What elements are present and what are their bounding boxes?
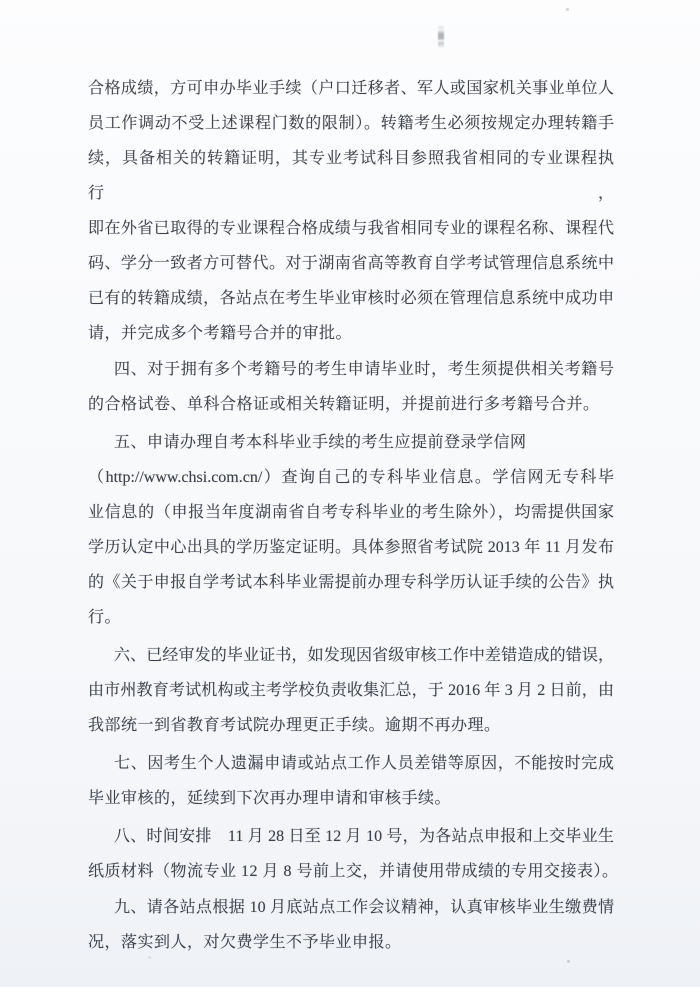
text-line: 员工作调动不受上述课程门数的限制）。转籍考生必须按规定办理转籍手 <box>88 106 614 141</box>
text-line: 即在外省已取得的专业课程合格成绩与我省相同专业的课程名称、课程代 <box>88 211 614 246</box>
text-line: 请，并完成多个考籍号合并的审批。 <box>88 316 614 351</box>
paragraph-continuation: 合格成绩，方可申办毕业手续（户口迁移者、军人或国家机关事业单位人员工作调动不受上… <box>88 71 614 351</box>
scan-artifact-speck <box>567 960 570 963</box>
text-line: 毕业审核的，延续到下次再办理申请和审核手续。 <box>88 781 614 816</box>
text-line: 续，具备相关的转籍证明，其专业考试科目参照我省相同的专业课程执行， <box>88 141 614 211</box>
text-line: 五、申请办理自考本科毕业手续的考生应提前登录学信网 <box>88 425 614 460</box>
text-line: （http://www.chsi.com.cn/）查询自己的专科毕业信息。学信网… <box>88 460 614 495</box>
text-line: 行。 <box>88 600 614 635</box>
text-line: 八、时间安排 11 月 28 日至 12 月 10 号，为各站点申报和上交毕业生 <box>88 819 614 854</box>
paragraph-item-5: 五、申请办理自考本科毕业手续的考生应提前登录学信网（http://www.chs… <box>88 425 614 635</box>
scan-artifact-smudge <box>438 26 444 48</box>
text-line: 的合格试卷、单科合格证或相关转籍证明，并提前进行多考籍号合并。 <box>88 387 614 422</box>
text-line: 六、已经审发的毕业证书，如发现因省级审核工作中差错造成的错误， <box>88 638 614 673</box>
scan-artifact-speck <box>566 8 569 11</box>
document-body: 合格成绩，方可申办毕业手续（户口迁移者、军人或国家机关事业单位人员工作调动不受上… <box>88 71 614 960</box>
text-line: 业信息的（申报当年度湖南省自考专科毕业的考生除外），均需提供国家 <box>88 495 614 530</box>
paragraph-item-9: 九、请各站点根据 10 月底站点工作会议精神，认真审核毕业生缴费情况，落实到人，… <box>88 890 614 960</box>
paragraph-item-6: 六、已经审发的毕业证书，如发现因省级审核工作中差错造成的错误，由市州教育考试机构… <box>88 638 614 743</box>
text-line: 码、学分一致者方可替代。对于湖南省高等教育自学考试管理信息系统中 <box>88 246 614 281</box>
text-line: 我部统一到省教育考试院办理更正手续。逾期不再办理。 <box>88 708 614 743</box>
text-line: 七、因考生个人遗漏申请或站点工作人员差错等原因，不能按时完成 <box>88 746 614 781</box>
text-line: 学历认定中心出具的学历鉴定证明。具体参照省考试院 2013 年 11 月发布 <box>88 530 614 565</box>
text-line: 由市州教育考试机构或主考学校负责收集汇总，于 2016 年 3 月 2 日前，由 <box>88 673 614 708</box>
text-line: 已有的转籍成绩，各站点在考生毕业审核时必须在管理信息系统中成功申 <box>88 281 614 316</box>
text-line: 的《关于申报自学考试本科毕业需提前办理专科学历认证手续的公告》执 <box>88 565 614 600</box>
paragraph-item-4: 四、对于拥有多个考籍号的考生申请毕业时，考生须提供相关考籍号的合格试卷、单科合格… <box>88 352 614 422</box>
paragraph-item-8: 八、时间安排 11 月 28 日至 12 月 10 号，为各站点申报和上交毕业生… <box>88 819 614 889</box>
text-line: 九、请各站点根据 10 月底站点工作会议精神，认真审核毕业生缴费情 <box>88 890 614 925</box>
text-line: 合格成绩，方可申办毕业手续（户口迁移者、军人或国家机关事业单位人 <box>88 71 614 106</box>
text-line: 况，落实到人，对欠费学生不予毕业申报。 <box>88 925 614 960</box>
text-line: 四、对于拥有多个考籍号的考生申请毕业时，考生须提供相关考籍号 <box>88 352 614 387</box>
text-line: 纸质材料（物流专业 12 月 8 号前上交，并请使用带成绩的专用交接表）。 <box>88 854 614 889</box>
scanned-document-page: 合格成绩，方可申办毕业手续（户口迁移者、军人或国家机关事业单位人员工作调动不受上… <box>0 0 700 987</box>
paragraph-item-7: 七、因考生个人遗漏申请或站点工作人员差错等原因，不能按时完成毕业审核的，延续到下… <box>88 746 614 816</box>
